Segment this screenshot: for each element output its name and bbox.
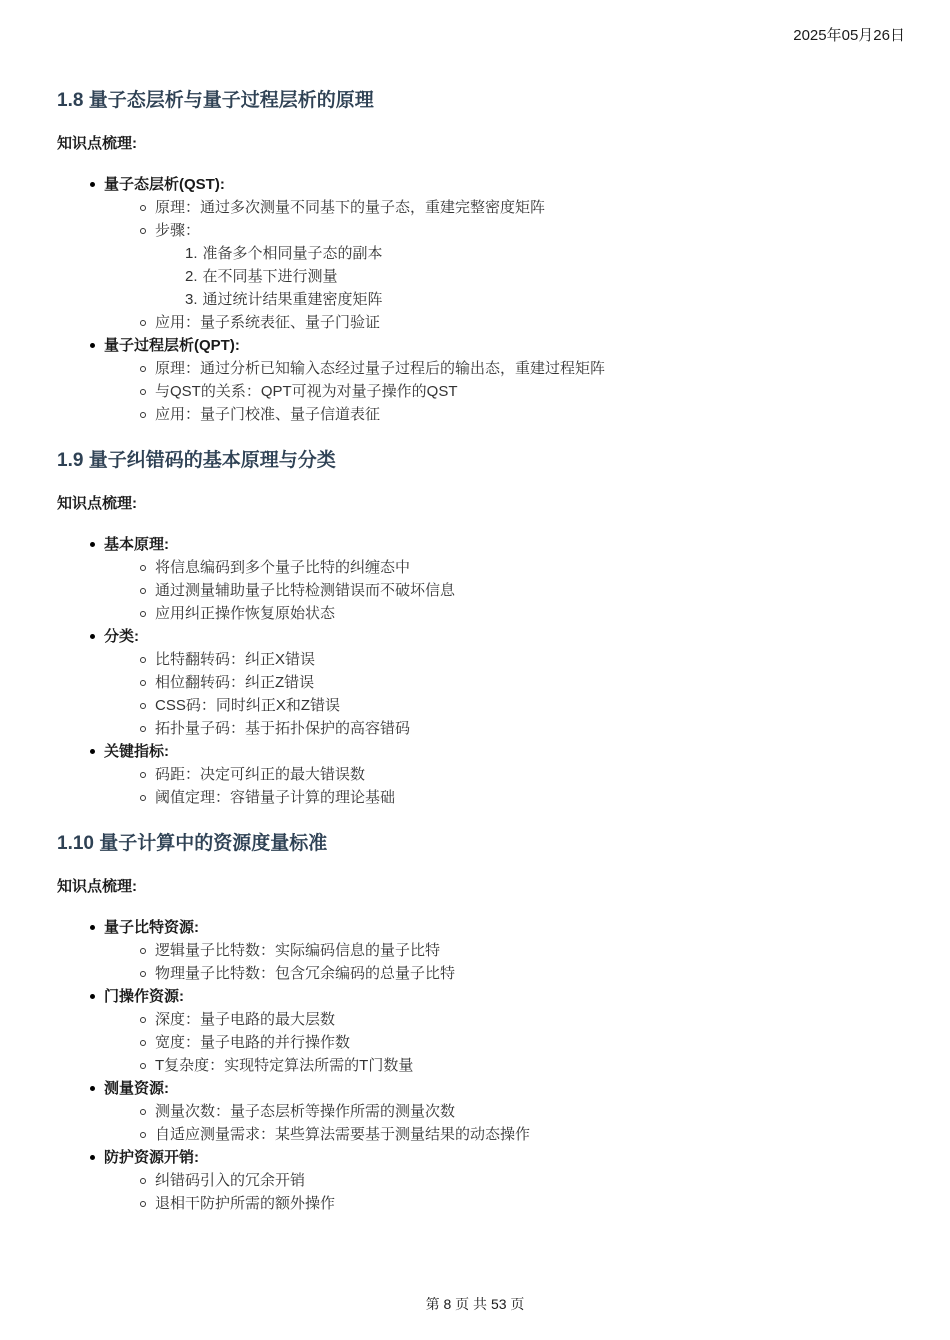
- knowledge-points-label: 知识点梳理:: [57, 134, 905, 153]
- circle-bullet-icon: [140, 205, 146, 211]
- list-item-l1: 量子态层析(QST):: [57, 173, 905, 196]
- list-item-text: 码距：决定可纠正的最大错误数: [155, 766, 365, 783]
- item-number: 2.: [185, 268, 198, 285]
- bullet-icon: [90, 182, 95, 187]
- bullet-list: 量子比特资源:逻辑量子比特数：实际编码信息的量子比特物理量子比特数：包含冗余编码…: [57, 916, 905, 1215]
- list-item-l2: 原理：通过分析已知输入态经过量子过程后的输出态，重建过程矩阵: [57, 357, 905, 380]
- circle-bullet-icon: [140, 389, 146, 395]
- circle-bullet-icon: [140, 971, 146, 977]
- list-item-l1: 防护资源开销:: [57, 1146, 905, 1169]
- circle-bullet-icon: [140, 1040, 146, 1046]
- list-item-label: 分类:: [104, 628, 139, 645]
- list-item-text: 与QST的关系：QPT可视为对量子操作的QST: [155, 383, 458, 400]
- list-item-l2: 纠错码引入的冗余开销: [57, 1169, 905, 1192]
- list-item-l2: 逻辑量子比特数：实际编码信息的量子比特: [57, 939, 905, 962]
- list-item-l2: 测量次数：量子态层析等操作所需的测量次数: [57, 1100, 905, 1123]
- list-item-l2: 与QST的关系：QPT可视为对量子操作的QST: [57, 380, 905, 403]
- bullet-icon: [90, 343, 95, 348]
- circle-bullet-icon: [140, 795, 146, 801]
- list-item-text: 退相干防护所需的额外操作: [155, 1195, 335, 1212]
- list-item-label: 基本原理:: [104, 536, 169, 553]
- list-item-l2: 拓扑量子码：基于拓扑保护的高容错码: [57, 717, 905, 740]
- list-item-label: 防护资源开销:: [104, 1149, 199, 1166]
- section-heading: 1.9 量子纠错码的基本原理与分类: [57, 448, 905, 474]
- list-item-text: 自适应测量需求：某些算法需要基于测量结果的动态操作: [155, 1126, 530, 1143]
- bullet-icon: [90, 749, 95, 754]
- list-item-l1: 关键指标:: [57, 740, 905, 763]
- list-item-l2: 相位翻转码：纠正Z错误: [57, 671, 905, 694]
- circle-bullet-icon: [140, 726, 146, 732]
- page-number-footer: 第 8 页 共 53 页: [0, 1294, 950, 1314]
- list-item-text: 阈值定理：容错量子计算的理论基础: [155, 789, 395, 806]
- list-item-l2: 将信息编码到多个量子比特的纠缠态中: [57, 556, 905, 579]
- list-item-l2: 深度：量子电路的最大层数: [57, 1008, 905, 1031]
- list-item-l2: 阈值定理：容错量子计算的理论基础: [57, 786, 905, 809]
- list-item-l2: 应用纠正操作恢复原始状态: [57, 602, 905, 625]
- bullet-icon: [90, 925, 95, 930]
- list-item-label: 关键指标:: [104, 743, 169, 760]
- circle-bullet-icon: [140, 772, 146, 778]
- circle-bullet-icon: [140, 1109, 146, 1115]
- list-item-text: 物理量子比特数：包含冗余编码的总量子比特: [155, 965, 455, 982]
- list-item-l2: 物理量子比特数：包含冗余编码的总量子比特: [57, 962, 905, 985]
- list-item-text: 深度：量子电路的最大层数: [155, 1011, 335, 1028]
- section-heading: 1.8 量子态层析与量子过程层析的原理: [57, 88, 905, 114]
- list-item-l2: CSS码：同时纠正X和Z错误: [57, 694, 905, 717]
- bullet-icon: [90, 994, 95, 999]
- list-item-text: 应用：量子门校准、量子信道表征: [155, 406, 380, 423]
- list-item-l2: 自适应测量需求：某些算法需要基于测量结果的动态操作: [57, 1123, 905, 1146]
- list-item-text: 逻辑量子比特数：实际编码信息的量子比特: [155, 942, 440, 959]
- list-item-text: 应用：量子系统表征、量子门验证: [155, 314, 380, 331]
- document-page: 2025年05月26日 1.8 量子态层析与量子过程层析的原理知识点梳理:量子态…: [0, 0, 950, 1340]
- list-item-text: T复杂度：实现特定算法所需的T门数量: [155, 1057, 413, 1074]
- list-item-text: 将信息编码到多个量子比特的纠缠态中: [155, 559, 410, 576]
- circle-bullet-icon: [140, 1132, 146, 1138]
- circle-bullet-icon: [140, 588, 146, 594]
- circle-bullet-icon: [140, 320, 146, 326]
- circle-bullet-icon: [140, 1178, 146, 1184]
- list-item-text: 测量次数：量子态层析等操作所需的测量次数: [155, 1103, 455, 1120]
- circle-bullet-icon: [140, 1017, 146, 1023]
- list-item-text: 相位翻转码：纠正Z错误: [155, 674, 314, 691]
- numbered-item-text: 准备多个相同量子态的副本: [203, 245, 383, 262]
- circle-bullet-icon: [140, 366, 146, 372]
- circle-bullet-icon: [140, 1063, 146, 1069]
- list-item-l2: 应用：量子系统表征、量子门验证: [57, 311, 905, 334]
- list-item-l1: 基本原理:: [57, 533, 905, 556]
- numbered-list-item: 3.通过统计结果重建密度矩阵: [57, 288, 905, 311]
- list-item-l2: T复杂度：实现特定算法所需的T门数量: [57, 1054, 905, 1077]
- circle-bullet-icon: [140, 412, 146, 418]
- list-item-l1: 门操作资源:: [57, 985, 905, 1008]
- circle-bullet-icon: [140, 228, 146, 234]
- circle-bullet-icon: [140, 657, 146, 663]
- list-item-text: 比特翻转码：纠正X错误: [155, 651, 315, 668]
- list-item-l2: 宽度：量子电路的并行操作数: [57, 1031, 905, 1054]
- item-number: 1.: [185, 245, 198, 262]
- bullet-icon: [90, 1086, 95, 1091]
- circle-bullet-icon: [140, 948, 146, 954]
- list-item-l1: 分类:: [57, 625, 905, 648]
- list-item-l2: 原理：通过多次测量不同基下的量子态，重建完整密度矩阵: [57, 196, 905, 219]
- document-section: 1.9 量子纠错码的基本原理与分类知识点梳理:基本原理:将信息编码到多个量子比特…: [57, 448, 905, 809]
- document-body: 1.8 量子态层析与量子过程层析的原理知识点梳理:量子态层析(QST):原理：通…: [0, 0, 950, 1215]
- list-item-l2: 通过测量辅助量子比特检测错误而不破坏信息: [57, 579, 905, 602]
- section-heading: 1.10 量子计算中的资源度量标准: [57, 831, 905, 857]
- bullet-icon: [90, 1155, 95, 1160]
- circle-bullet-icon: [140, 703, 146, 709]
- list-item-label: 量子态层析(QST):: [104, 176, 225, 193]
- document-section: 1.8 量子态层析与量子过程层析的原理知识点梳理:量子态层析(QST):原理：通…: [57, 88, 905, 426]
- circle-bullet-icon: [140, 565, 146, 571]
- list-item-l2: 退相干防护所需的额外操作: [57, 1192, 905, 1215]
- knowledge-points-label: 知识点梳理:: [57, 877, 905, 896]
- list-item-l2: 应用：量子门校准、量子信道表征: [57, 403, 905, 426]
- list-item-l1: 测量资源:: [57, 1077, 905, 1100]
- list-item-text: 纠错码引入的冗余开销: [155, 1172, 305, 1189]
- list-item-label: 量子过程层析(QPT):: [104, 337, 240, 354]
- list-item-l2: 步骤：: [57, 219, 905, 242]
- bullet-icon: [90, 634, 95, 639]
- circle-bullet-icon: [140, 680, 146, 686]
- list-item-l1: 量子过程层析(QPT):: [57, 334, 905, 357]
- list-item-text: 原理：通过多次测量不同基下的量子态，重建完整密度矩阵: [155, 199, 545, 216]
- list-item-text: 步骤：: [155, 222, 200, 239]
- list-item-text: 宽度：量子电路的并行操作数: [155, 1034, 350, 1051]
- numbered-list-item: 1.准备多个相同量子态的副本: [57, 242, 905, 265]
- list-item-text: 应用纠正操作恢复原始状态: [155, 605, 335, 622]
- list-item-text: 通过测量辅助量子比特检测错误而不破坏信息: [155, 582, 455, 599]
- numbered-list-item: 2.在不同基下进行测量: [57, 265, 905, 288]
- list-item-text: 拓扑量子码：基于拓扑保护的高容错码: [155, 720, 410, 737]
- circle-bullet-icon: [140, 611, 146, 617]
- list-item-l1: 量子比特资源:: [57, 916, 905, 939]
- list-item-label: 测量资源:: [104, 1080, 169, 1097]
- bullet-list: 基本原理:将信息编码到多个量子比特的纠缠态中通过测量辅助量子比特检测错误而不破坏…: [57, 533, 905, 809]
- list-item-text: 原理：通过分析已知输入态经过量子过程后的输出态，重建过程矩阵: [155, 360, 605, 377]
- list-item-text: CSS码：同时纠正X和Z错误: [155, 697, 340, 714]
- list-item-l2: 比特翻转码：纠正X错误: [57, 648, 905, 671]
- item-number: 3.: [185, 291, 198, 308]
- document-section: 1.10 量子计算中的资源度量标准知识点梳理:量子比特资源:逻辑量子比特数：实际…: [57, 831, 905, 1215]
- bullet-icon: [90, 542, 95, 547]
- knowledge-points-label: 知识点梳理:: [57, 494, 905, 513]
- numbered-item-text: 通过统计结果重建密度矩阵: [203, 291, 383, 308]
- bullet-list: 量子态层析(QST):原理：通过多次测量不同基下的量子态，重建完整密度矩阵步骤：…: [57, 173, 905, 426]
- list-item-label: 门操作资源:: [104, 988, 184, 1005]
- circle-bullet-icon: [140, 1201, 146, 1207]
- list-item-l2: 码距：决定可纠正的最大错误数: [57, 763, 905, 786]
- numbered-item-text: 在不同基下进行测量: [203, 268, 338, 285]
- list-item-label: 量子比特资源:: [104, 919, 199, 936]
